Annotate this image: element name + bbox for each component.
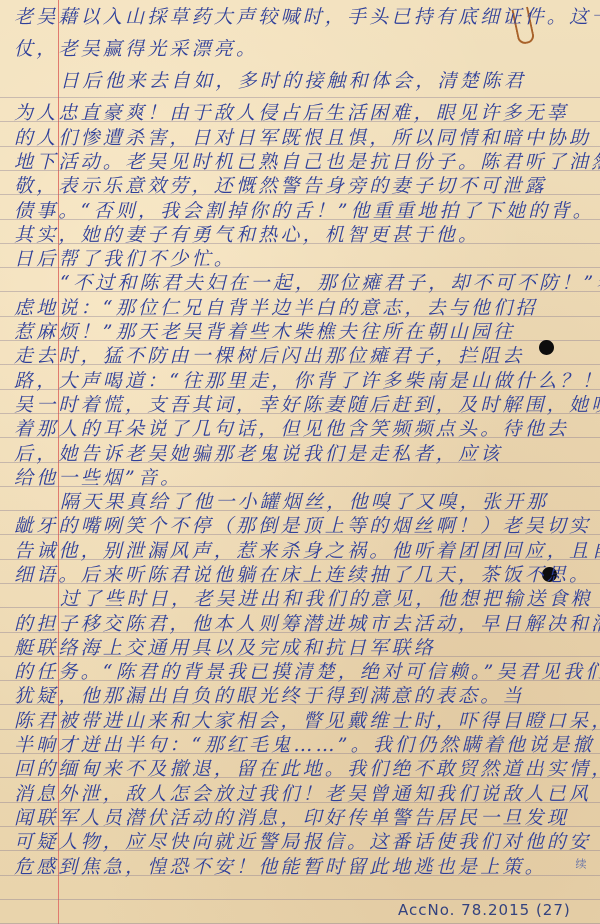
text-line: 路，大声喝道：“往那里走，你背了许多柴南是山做什么？！”老	[14, 372, 600, 391]
text-line: 债事。“否则，我会割掉你的舌！”他重重地拍了下她的背。	[14, 202, 595, 221]
text-line: 过了些时日，老吴进出和我们的意见，他想把输送食粮	[60, 590, 593, 609]
text-line: 消息外泄，敌人怎会放过我们！老吴曾通知我们说敌人已风	[14, 785, 591, 804]
text-line: 日后他来去自如，多时的接触和体会，清楚陈君	[60, 72, 526, 91]
text-line: 艇联络海上交通用具以及完成和抗日军联络	[14, 639, 436, 658]
text-line: 其实，她的妻子有勇气和热心，机智更甚于他。	[14, 226, 480, 245]
text-line: 仗，老吴赢得光采漂亮。	[14, 40, 258, 59]
text-line: 半晌才迸出半句：“那红毛鬼……”。我们仍然瞒着他说是撤	[14, 736, 595, 755]
text-line: 隔天果真给了他一小罐烟丝，他嗅了又嗅，张开那	[60, 493, 548, 512]
text-line: 后，她告诉老吴她骗那老鬼说我们是走私者，应该	[14, 445, 502, 464]
text-line: 老吴藉以入山採草药大声较喊时，手头已持有底细证件。这一	[14, 8, 600, 27]
rule-line	[0, 899, 600, 900]
text-line: 走去时，猛不防由一棵树后闪出那位瘫君子，拦阻去	[14, 347, 525, 366]
manuscript-page: 老吴藉以入山採草药大声较喊时，手头已持有底细证件。这一仗，老吴赢得光采漂亮。日后…	[0, 0, 600, 924]
text-line: 着那人的耳朵说了几句话，但见他含笑频频点头。待他去	[14, 420, 569, 439]
margin-note: 续	[572, 858, 588, 869]
text-line: 犹疑，他那漏出自负的眼光终于得到满意的表态。当	[14, 687, 525, 706]
text-line: 虑地说：“那位仁兄自背半边半白的意志，去与他们招	[14, 299, 538, 318]
accession-number: AccNo. 78.2015 (27)	[398, 901, 571, 919]
text-line: 日后帮了我们不少忙。	[14, 250, 236, 269]
punch-hole-icon	[539, 340, 554, 355]
text-line: 吴一时着慌，支吾其词，幸好陈妻随后赶到，及时解围，她咬	[14, 396, 600, 415]
text-line: 回的缅甸来不及撤退，留在此地。我们绝不敢贸然道出实情，万一	[14, 760, 600, 779]
text-line: 给他一些烟”音。	[14, 469, 182, 488]
text-line: 的担子移交陈君，他本人则筹潜进城市去活动，早日解决和潜	[14, 615, 600, 634]
text-line: 的人们惨遭杀害，日对日军既恨且惧，所以同情和暗中协助	[14, 129, 591, 148]
text-line: 地下活动。老吴见时机已熟自己也是抗日份子。陈君听了油然起	[14, 153, 600, 172]
text-line: 告诫他，别泄漏风声，惹来杀身之祸。他听着团团回应，且自喃喃	[14, 542, 600, 561]
text-line: 闻联军人员潜伏活动的消息，印好传单警告居民一旦发现	[14, 809, 569, 828]
text-line: 陈君被带进山来和大家相会，瞥见戴维士时，吓得目瞪口呆，好	[14, 712, 600, 731]
text-line: “不过和陈君夫妇在一起，那位瘫君子，却不可不防！”老吴忧	[60, 274, 600, 293]
text-line: 危感到焦急，惶恐不安！他能暂时留此地逃也是上策。	[14, 858, 547, 877]
text-line: 龇牙的嘴咧笑个不停（那倒是顶上等的烟丝啊！）老吴切实	[14, 517, 591, 536]
text-line: 为人忠直豪爽！由于敌人侵占后生活困难，眼见许多无辜	[14, 104, 569, 123]
text-line: 细语。后来听陈君说他躺在床上连续抽了几天，茶饭不思。	[14, 566, 591, 585]
text-line: 可疑人物，应尽快向就近警局报信。这番话使我们对他的安	[14, 833, 591, 852]
text-line: 惹麻烦！”那天老吴背着些木柴樵夫往所在朝山园往	[14, 323, 515, 342]
text-line: 的任务。“陈君的背景我已摸清楚，绝对可信赖。”吴君见我们	[14, 663, 600, 682]
text-line: 敬，表示乐意效劳，还慨然警告身旁的妻子切不可泄露	[14, 177, 547, 196]
rule-line	[0, 97, 600, 98]
